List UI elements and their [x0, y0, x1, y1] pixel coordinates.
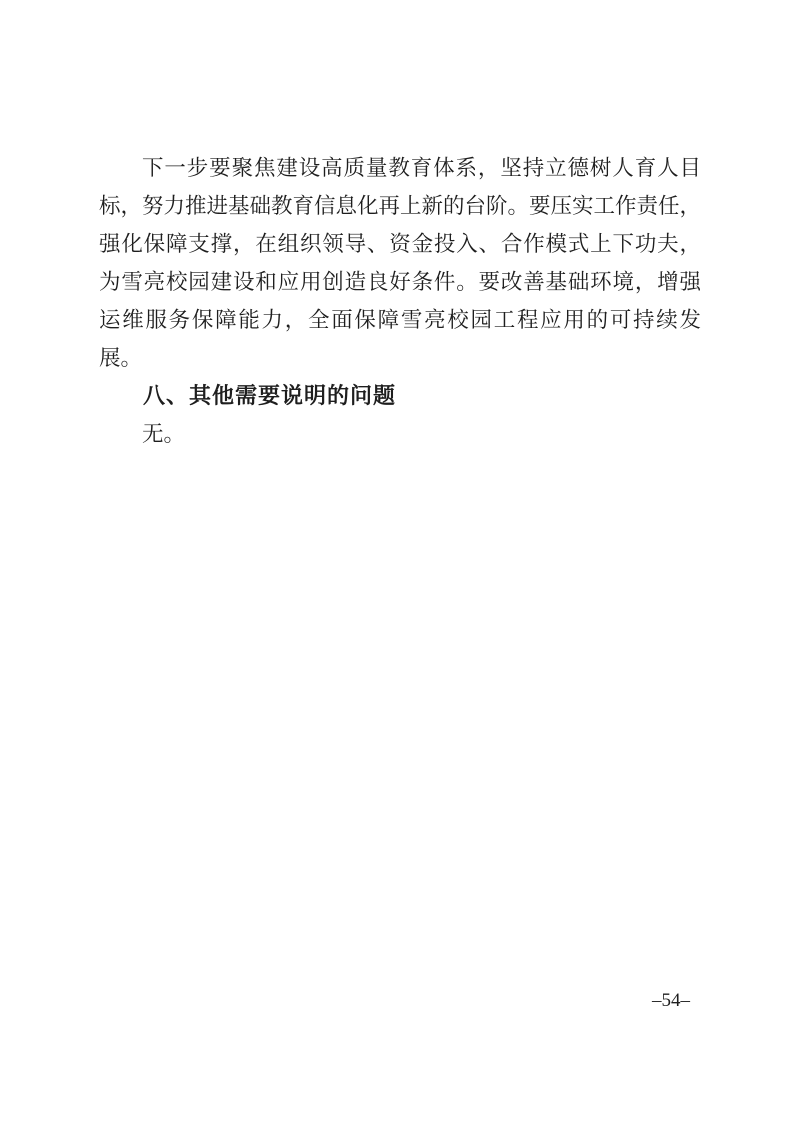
paragraph-line: 强化保障支撑，在组织领导、资金投入、合作模式上下功夫， — [99, 225, 701, 263]
paragraph-line: 标，努力推进基础教育信息化再上新的台阶。要压实工作责任， — [99, 187, 701, 225]
paragraph-line: 展。 — [99, 339, 701, 377]
paragraph-line: 下一步要聚焦建设高质量教育体系，坚持立德树人育人目 — [99, 149, 701, 187]
section-heading: 八、其他需要说明的问题 — [99, 377, 701, 415]
text-column: 下一步要聚焦建设高质量教育体系，坚持立德树人育人目 标，努力推进基础教育信息化再… — [99, 149, 701, 453]
paragraph-line: 为雪亮校园建设和应用创造良好条件。要改善基础环境，增强 — [99, 263, 701, 301]
paragraph-line: 运维服务保障能力，全面保障雪亮校园工程应用的可持续发 — [99, 301, 701, 339]
body-paragraph: 下一步要聚焦建设高质量教育体系，坚持立德树人育人目 标，努力推进基础教育信息化再… — [99, 149, 701, 377]
document-page: 下一步要聚焦建设高质量教育体系，坚持立德树人育人目 标，努力推进基础教育信息化再… — [0, 0, 793, 1122]
page-number: –54– — [637, 991, 705, 1011]
answer-text: 无。 — [99, 415, 701, 453]
